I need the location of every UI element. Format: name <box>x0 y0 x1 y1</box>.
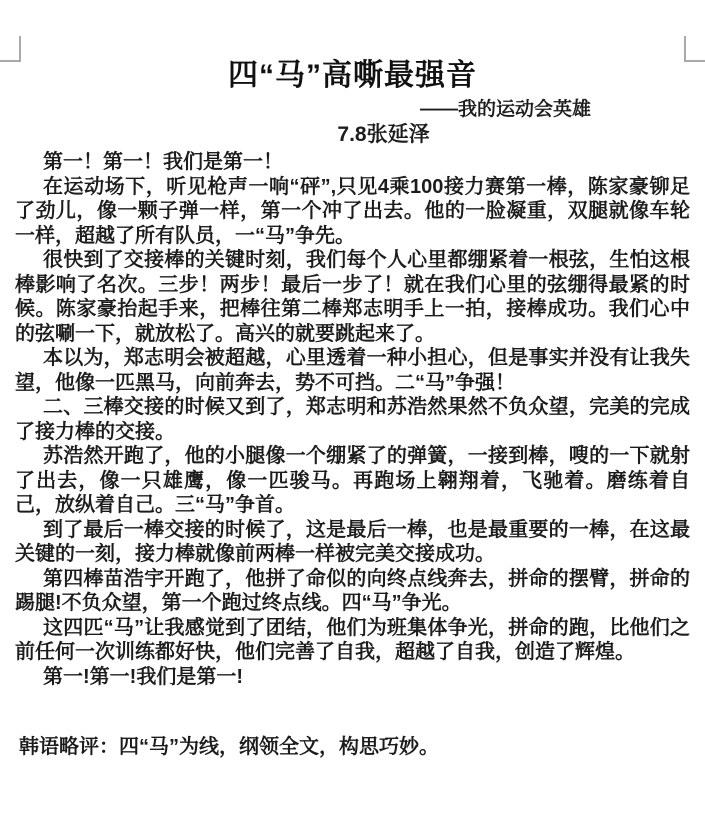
paragraph-7: 到了最后一棒交接的时候了，这是最后一棒，也是最重要的一棒，在这最关键的一刻，接力… <box>15 518 690 567</box>
paragraph-4: 本以为，郑志明会被超越，心里透着一种小担心，但是事实并没有让我失望，他像一匹黑马… <box>15 346 690 395</box>
essay-title: 四“马”高嘶最强音 <box>15 54 690 98</box>
paragraph-3: 很快到了交接棒的关键时刻，我们每个人心里都绷紧着一根弦，生怕这根棒影响了名次。三… <box>15 248 690 346</box>
document-content: 四“马”高嘶最强音 ——我的运动会英雄 7.8张延泽 第一！第一！我们是第一！ … <box>15 54 690 760</box>
paragraph-6: 苏浩然开跑了，他的小腿像一个绷紧了的弹簧，一接到棒，嗖的一下就射了出去，像一只雄… <box>15 444 690 518</box>
paragraph-2: 在运动场下，听见枪声一响“砰”,只见4乘100接力赛第一棒，陈家豪铆足了劲儿，像… <box>15 175 690 249</box>
essay-author: 7.8张延泽 <box>15 122 690 148</box>
essay-body: 第一！第一！我们是第一！ 在运动场下，听见枪声一响“砰”,只见4乘100接力赛第… <box>15 150 690 689</box>
paragraph-9: 这四匹“马”让我感觉到了团结，他们为班集体争光，拼命的跑，比他们之前任何一次训练… <box>15 616 690 665</box>
document-page: 四“马”高嘶最强音 ——我的运动会英雄 7.8张延泽 第一！第一！我们是第一！ … <box>0 0 705 817</box>
paragraph-10: 第一!第一!我们是第一! <box>15 665 690 690</box>
teacher-comment: 韩语略评：四“马”为线，纲领全文，构思巧妙。 <box>19 735 690 760</box>
paragraph-8: 第四棒苗浩宇开跑了，他拼了命似的向终点线奔去，拼命的摆臂，拼命的踢腿!不负众望，… <box>15 567 690 616</box>
essay-subtitle: ——我的运动会英雄 <box>15 98 690 122</box>
paragraph-1: 第一！第一！我们是第一！ <box>15 150 690 175</box>
paragraph-5: 二、三棒交接的时候又到了，郑志明和苏浩然果然不负众望，完美的完成了接力棒的交接。 <box>15 395 690 444</box>
